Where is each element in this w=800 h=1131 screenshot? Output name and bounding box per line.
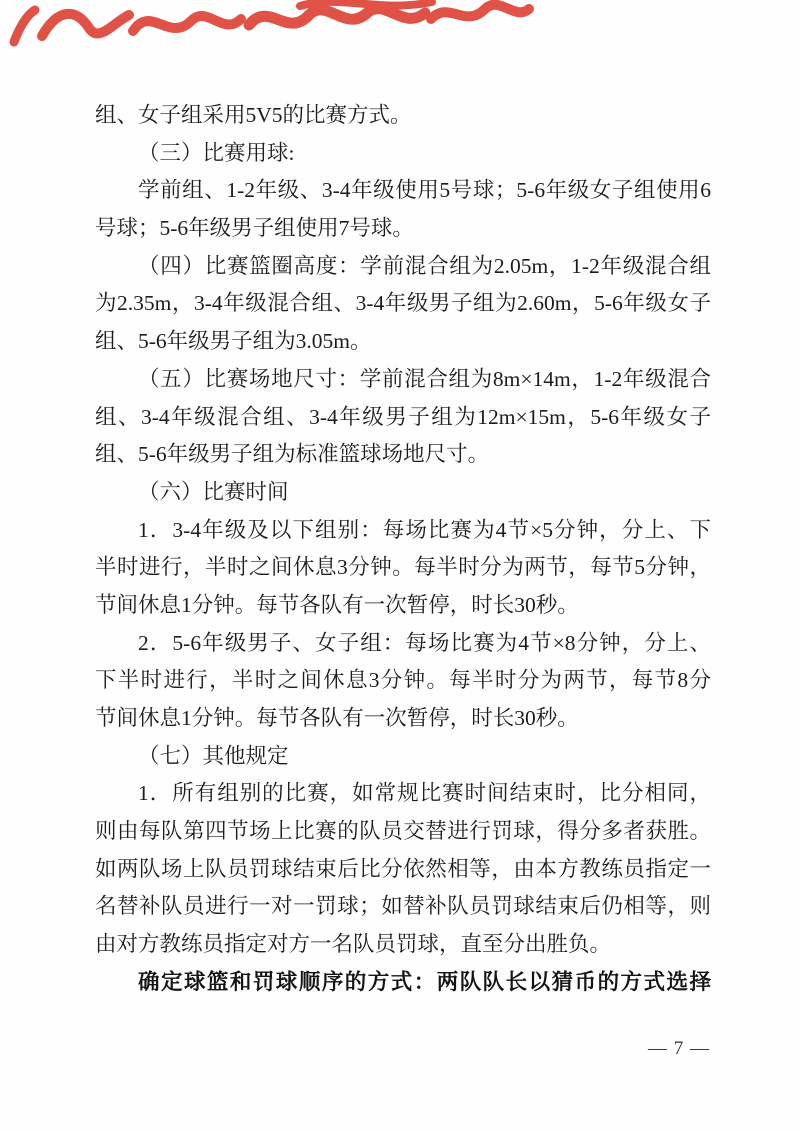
text-line: 为2.35m，3-4年级混合组、3-4年级男子组为2.60m，5-6年级女子 (95, 285, 711, 323)
text-line: （四）比赛篮圈高度：学前混合组为2.05m，1-2年级混合组 (95, 248, 711, 286)
text-line: 组、3-4年级混合组、3-4年级男子组为12m×15m，5-6年级女子 (95, 399, 711, 437)
text-line: 组、女子组采用5V5的比赛方式。 (95, 97, 711, 135)
document-body: 组、女子组采用5V5的比赛方式。（三）比赛用球:学前组、1-2年级、3-4年级使… (95, 97, 711, 1002)
text-line: 确定球篮和罚球顺序的方式：两队队长以猜币的方式选择 (95, 964, 711, 1002)
text-line: （七）其他规定 (95, 738, 711, 776)
page-number: — 7 — (648, 1038, 710, 1060)
text-line: 1．3-4年级及以下组别：每场比赛为4节×5分钟，分上、下 (95, 512, 711, 550)
text-line: 如两队场上队员罚球结束后比分依然相等，由本方教练员指定一 (95, 851, 711, 889)
text-line: （五）比赛场地尺寸：学前混合组为8m×14m，1-2年级混合 (95, 361, 711, 399)
text-line: 学前组、1-2年级、3-4年级使用5号球；5-6年级女子组使用6 (95, 172, 711, 210)
red-ink-scribble-icon (0, 0, 800, 60)
document-page: 组、女子组采用5V5的比赛方式。（三）比赛用球:学前组、1-2年级、3-4年级使… (0, 0, 800, 1131)
text-line: 2．5-6年级男子、女子组：每场比赛为4节×8分钟，分上、 (95, 625, 711, 663)
text-line: 号球；5-6年级男子组使用7号球。 (95, 210, 711, 248)
text-line: 节间休息1分钟。每节各队有一次暂停，时长30秒。 (95, 700, 711, 738)
text-line: 组、5-6年级男子组为3.05m。 (95, 323, 711, 361)
red-ink-strokes (14, 2, 529, 42)
text-line: 组、5-6年级男子组为标准篮球场地尺寸。 (95, 436, 711, 474)
text-line: 节间休息1分钟。每节各队有一次暂停，时长30秒。 (95, 587, 711, 625)
text-line: （三）比赛用球: (95, 135, 711, 173)
text-line: 下半时进行，半时之间休息3分钟。每半时分为两节，每节8分钟， (95, 662, 711, 700)
text-line: 则由每队第四节场上比赛的队员交替进行罚球，得分多者获胜。 (95, 813, 711, 851)
text-line: 名替补队员进行一对一罚球；如替补队员罚球结束后仍相等，则 (95, 888, 711, 926)
text-line: 由对方教练员指定对方一名队员罚球，直至分出胜负。 (95, 926, 711, 964)
text-line: 1．所有组别的比赛，如常规比赛时间结束时，比分相同， (95, 775, 711, 813)
text-line: 半时进行，半时之间休息3分钟。每半时分为两节，每节5分钟， (95, 549, 711, 587)
text-line: （六）比赛时间 (95, 474, 711, 512)
